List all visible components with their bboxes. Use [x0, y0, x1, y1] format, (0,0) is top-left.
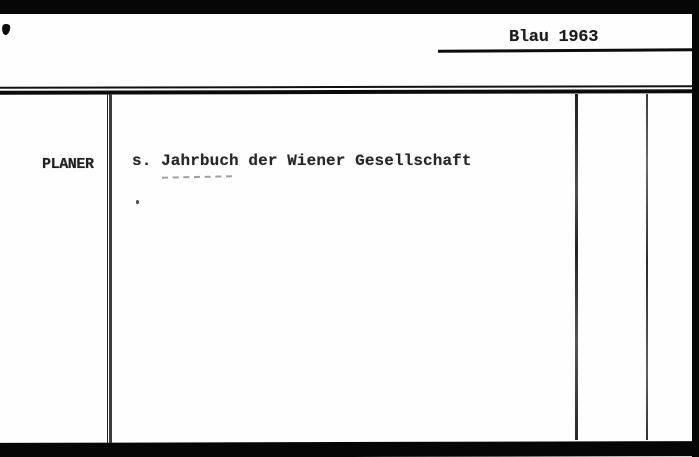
index-term: PLANER — [42, 157, 94, 173]
right-column-divider-inner — [575, 94, 578, 440]
reference-label: Blau 1963 — [509, 29, 598, 46]
entry-text: s. Jahrbuch der Wiener Gesellschaft — [132, 153, 472, 170]
scan-border-right — [692, 0, 699, 457]
dust-speck — [136, 200, 139, 204]
scan-border-bottom — [0, 441, 699, 457]
header-divider-rule — [0, 85, 693, 94]
scanned-catalog-card: Blau 1963 PLANER s. Jahrbuch der Wiener … — [0, 0, 699, 457]
left-column-divider — [107, 94, 112, 443]
entry-underline — [162, 175, 232, 178]
reference-underline — [438, 48, 692, 53]
scan-border-top — [0, 0, 699, 14]
right-column-divider-outer — [646, 94, 648, 440]
ink-blot-mark — [1, 24, 10, 36]
